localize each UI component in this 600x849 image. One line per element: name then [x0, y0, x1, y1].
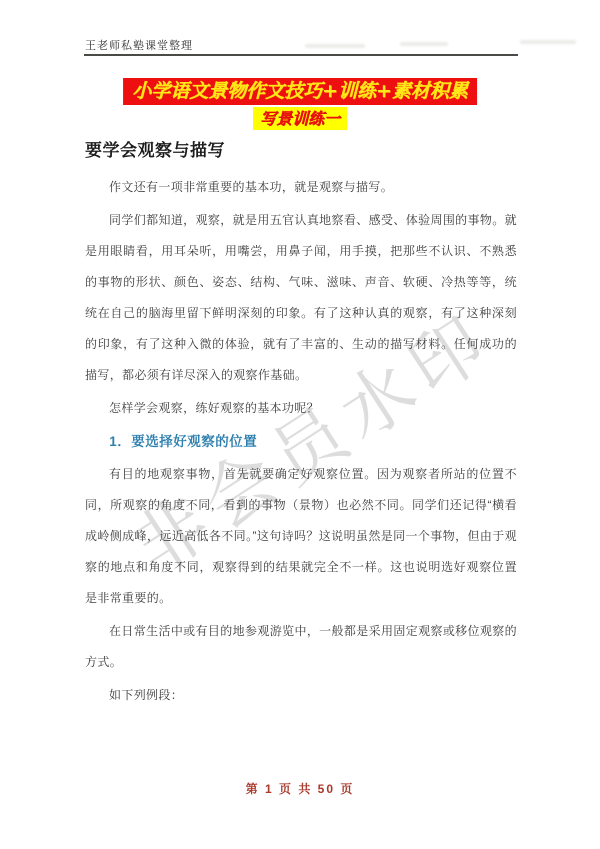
paragraph-observation: 同学们都知道，观察，就是用五官认真地察看、感受、体验周围的事物。就是用眼睛看，用…	[85, 205, 517, 391]
document-body: 要学会观察与描写 作文还有一项非常重要的基本功，就是观察与描写。 同学们都知道，…	[85, 138, 517, 713]
scan-artifact	[305, 44, 365, 48]
document-page: 王老师私塾课堂整理 小学语文景物作文技巧+训练+素材积累 写景训练一 非会员水印…	[0, 0, 600, 849]
banner-subtitle: 写景训练一	[253, 107, 347, 130]
header-note: 王老师私塾课堂整理	[85, 37, 193, 53]
scan-artifact	[520, 40, 576, 44]
page-number: 第 1 页 共 50 页	[0, 780, 600, 797]
paragraph-position: 有目的地观察事物，首先就要确定好观察位置。因为观察者所站的位置不同，所观察的角度…	[85, 459, 517, 614]
scan-artifact	[400, 42, 448, 46]
header-divider	[84, 54, 518, 56]
paragraph-example-lead: 如下列例段：	[85, 680, 517, 711]
banner-title: 小学语文景物作文技巧+训练+素材积累	[123, 78, 477, 105]
section-heading: 要学会观察与描写	[85, 138, 517, 164]
sub-heading: 1．要选择好观察的位置	[85, 426, 517, 457]
paragraph-question: 怎样学会观察，练好观察的基本功呢？	[85, 393, 517, 424]
paragraph-daily-life: 在日常生活中或有目的地参观游览中，一般都是采用固定观察或移位观察的方式。	[85, 616, 517, 678]
paragraph-intro: 作文还有一项非常重要的基本功，就是观察与描写。	[85, 172, 517, 203]
